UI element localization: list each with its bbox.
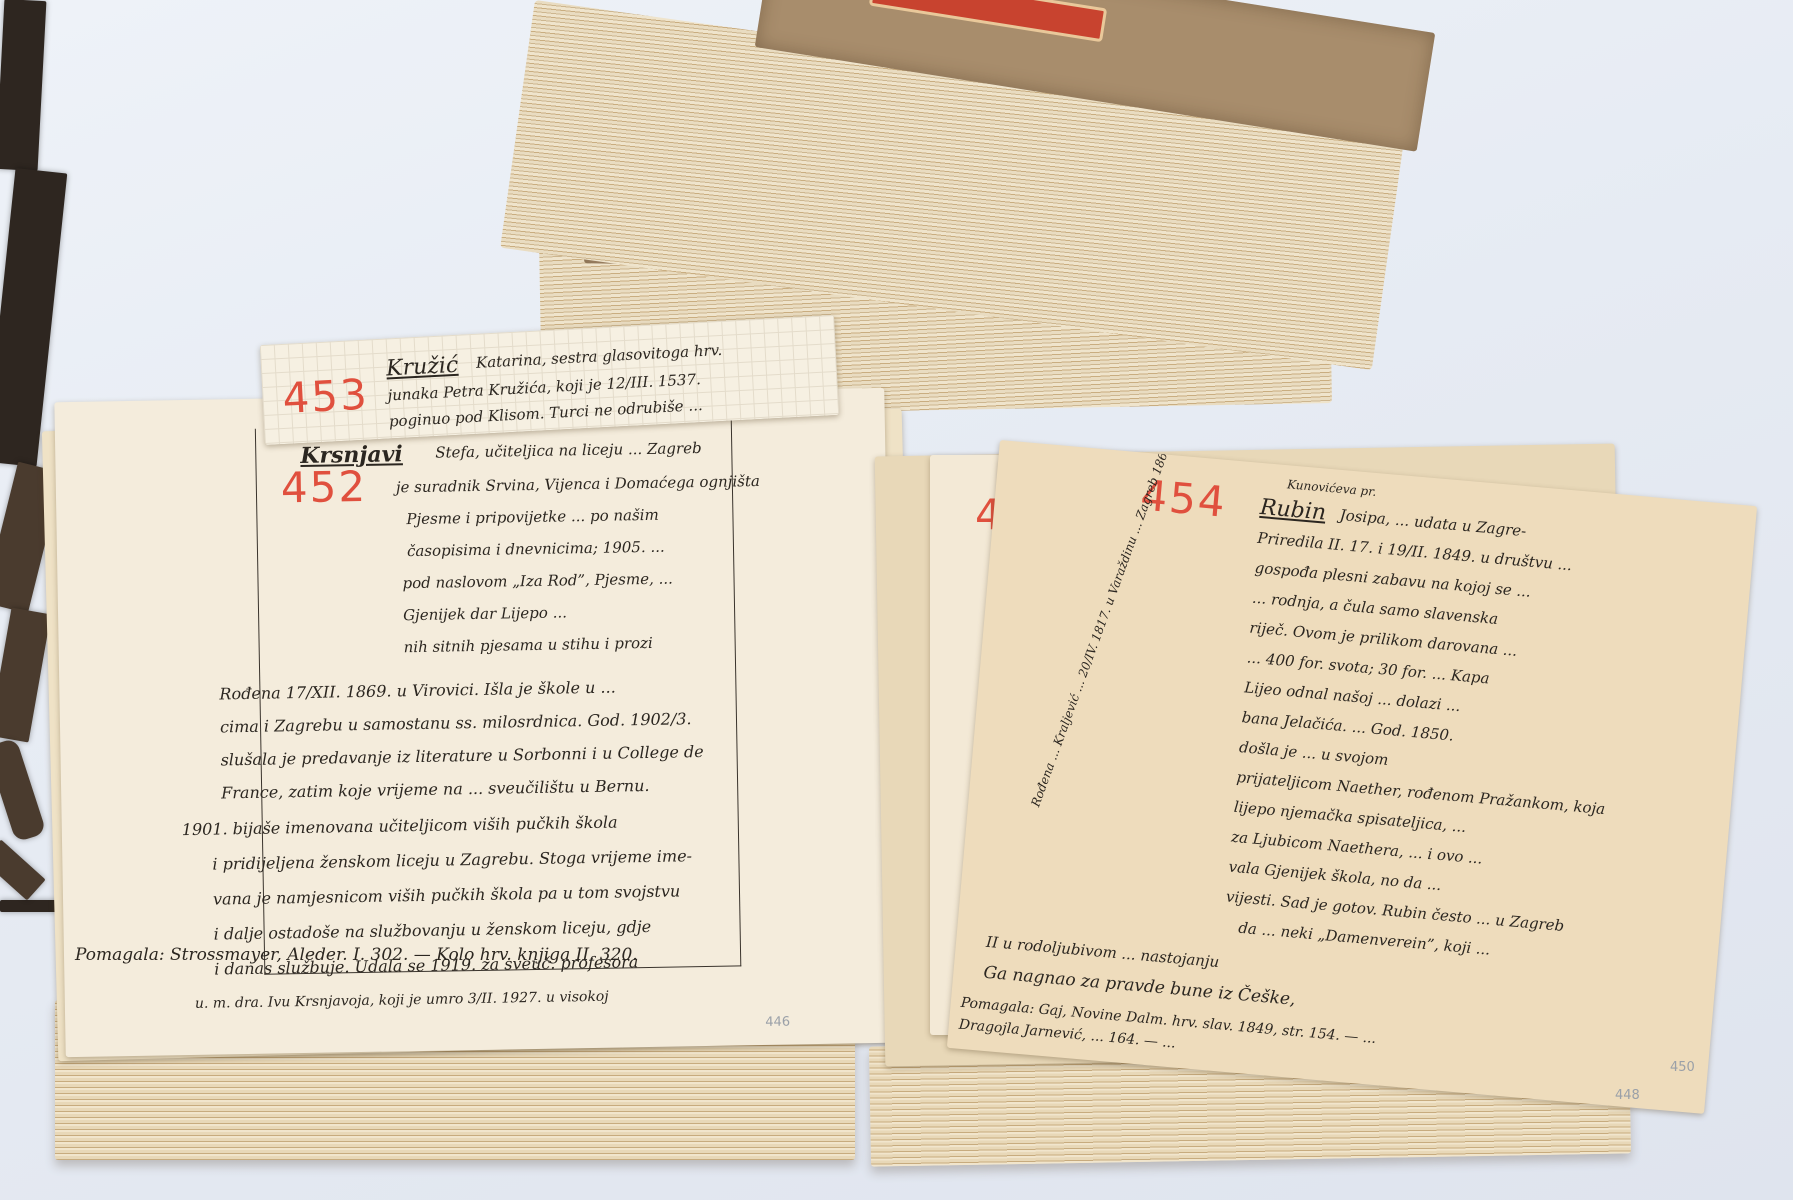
sheet-heading: Rubin (1259, 495, 1327, 526)
ribbon-tie (0, 900, 60, 912)
handwritten-line: bana Jelačića. ... God. 1850. (1241, 708, 1455, 744)
sheet-454: 454 Kunovićeva pr. Rubin Josipa, ... uda… (947, 440, 1757, 1114)
page-number: 450 (1670, 1060, 1695, 1075)
handwritten-line: Josipa, ... udata u Zagre- (1339, 506, 1527, 540)
ribbon-tie (0, 608, 51, 743)
ribbon-tail (0, 840, 46, 901)
handwritten-line: vala Gjenijek škola, no da ... (1228, 858, 1442, 895)
page-number: 448 (1615, 1088, 1640, 1103)
sheet-heading: Kružić (386, 353, 459, 382)
page-number: 446 (765, 1015, 790, 1030)
sources-line: Pomagala: Strossmayer, Aleder. I. 302. —… (75, 945, 638, 965)
handwritten-line: Gjenijek dar Lijepo ... (403, 603, 567, 624)
sheet-number: 453 (281, 370, 370, 423)
handwritten-line: došla je ... u svojom (1238, 738, 1389, 769)
handwritten-line: Lijeo odnal našoj ... dolazi ... (1244, 678, 1462, 715)
heading-note: Kunovićeva pr. (1287, 477, 1377, 499)
handwritten-line: Katarina, sestra glasovitoga hrv. (476, 341, 723, 372)
ribbon-tie (0, 0, 46, 171)
sheet-number: 452 (280, 462, 367, 512)
sheet-heading: Krsnjavi (300, 441, 403, 469)
ribbon-tail (0, 738, 47, 843)
handwritten-line: u. m. dra. Ivu Krsnjavoja, koji je umro … (195, 989, 609, 1012)
